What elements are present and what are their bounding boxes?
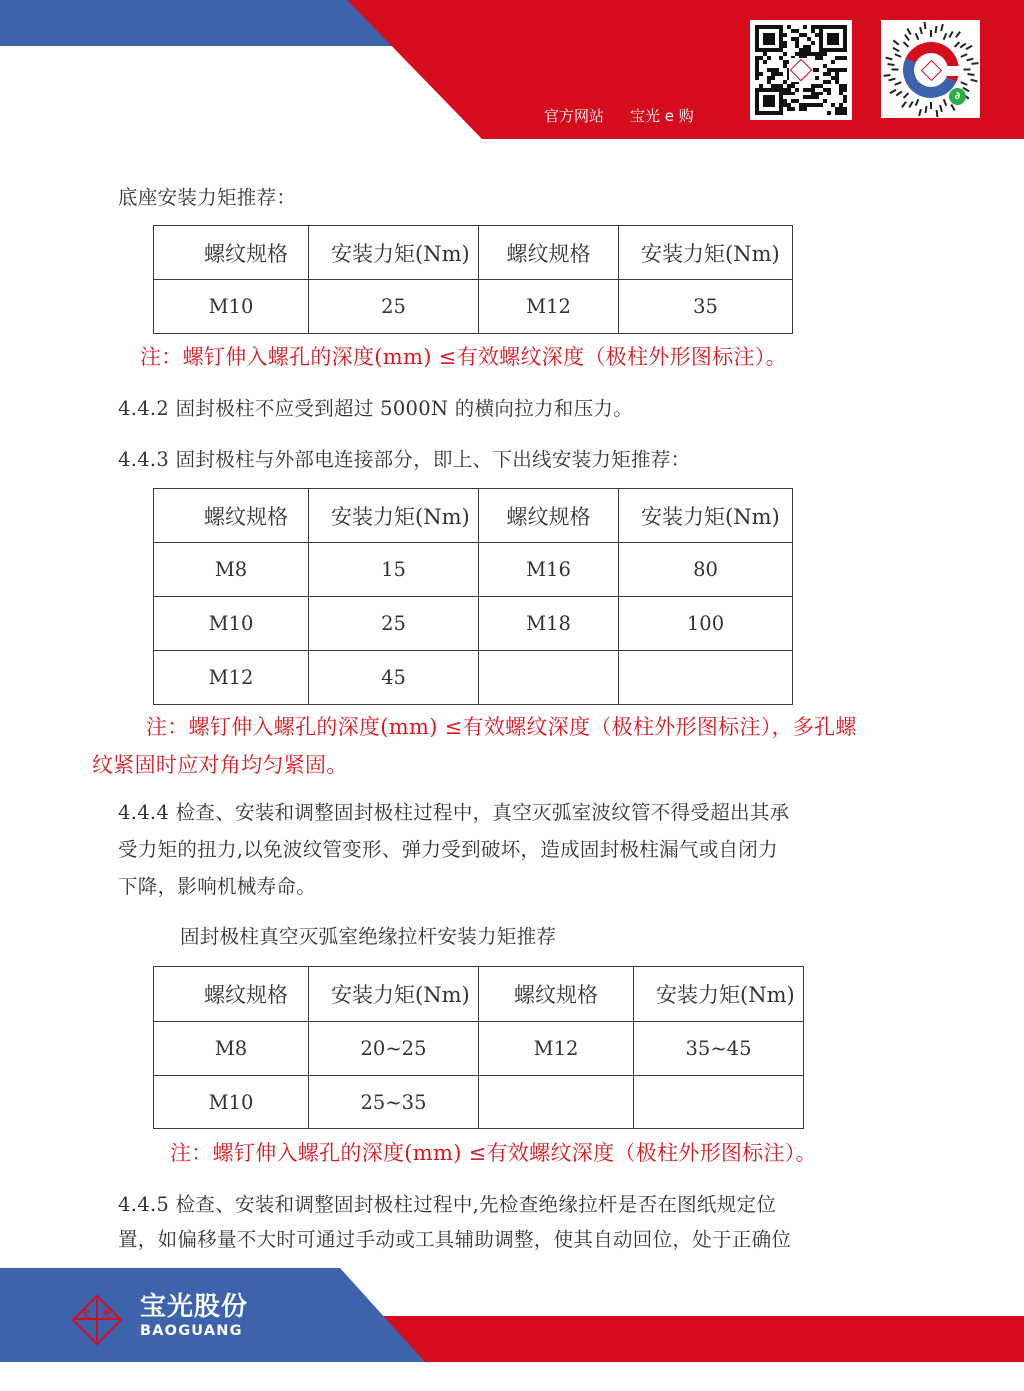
section-4-4-2: 4.4.2 固封极柱不应受到超过 5000N 的横向拉力和压力。 (118, 395, 633, 422)
table-row: M8 15 M16 80 (154, 543, 793, 597)
cell-thread-spec (479, 651, 619, 705)
brand-diamond-icon (921, 60, 941, 80)
cell-torque: 20~25 (309, 1022, 479, 1076)
table-row: M10 25~35 (154, 1076, 804, 1129)
table-header-row: 螺纹规格 安装力矩(Nm) 螺纹规格 安装力矩(Nm) (154, 226, 793, 280)
pull-rod-torque-table: 螺纹规格 安装力矩(Nm) 螺纹规格 安装力矩(Nm) M8 20~25 M12… (153, 966, 804, 1129)
cell-thread-spec: M18 (479, 597, 619, 651)
table-row: M12 45 (154, 651, 793, 705)
cell-torque: 25 (309, 280, 479, 334)
cell-torque: 25~35 (309, 1076, 479, 1129)
table-row: M10 25 M18 100 (154, 597, 793, 651)
cell-torque (619, 651, 793, 705)
header-torque: 安装力矩(Nm) (619, 226, 793, 280)
table-header-row: 螺纹规格 安装力矩(Nm) 螺纹规格 安装力矩(Nm) (154, 489, 793, 543)
cell-torque: 15 (309, 543, 479, 597)
cell-torque: 35 (619, 280, 793, 334)
terminal-torque-note-line2: 纹紧固时应对角均匀紧固。 (92, 752, 348, 779)
header-thread-spec: 螺纹规格 (479, 967, 634, 1022)
baoguang-logo-icon: 宝 光 (68, 1291, 126, 1349)
logo-mark-bao: 宝 (81, 1307, 90, 1320)
header-torque: 安装力矩(Nm) (634, 967, 804, 1022)
header-links: 官方网站 宝光 e 购 (544, 105, 694, 126)
header-thread-spec: 螺纹规格 (479, 489, 619, 543)
base-torque-note: 注：螺钉伸入螺孔的深度(mm) ≤有效螺纹深度（极柱外形图标注）。 (140, 344, 787, 371)
cell-thread-spec: M12 (479, 1022, 634, 1076)
cell-thread-spec: M10 (154, 597, 309, 651)
header-thread-spec: 螺纹规格 (154, 967, 309, 1022)
header-torque: 安装力矩(Nm) (619, 489, 793, 543)
official-site-label: 官方网站 (544, 105, 604, 126)
cell-thread-spec: M16 (479, 543, 619, 597)
terminal-torque-table: 螺纹规格 安装力矩(Nm) 螺纹规格 安装力矩(Nm) M8 15 M16 80… (153, 488, 793, 705)
cell-thread-spec: M8 (154, 543, 309, 597)
base-torque-table: 螺纹规格 安装力矩(Nm) 螺纹规格 安装力矩(Nm) M10 25 M12 3… (153, 225, 793, 334)
header-thread-spec: 螺纹规格 (154, 226, 309, 280)
cell-thread-spec: M10 (154, 1076, 309, 1129)
section-4-4-5-line2: 置，如偏移量不大时可通过手动或工具辅助调整，使其自动回位，处于正确位 (118, 1226, 791, 1253)
header-torque: 安装力矩(Nm) (309, 967, 479, 1022)
official-site-qr-code[interactable] (750, 20, 852, 120)
header-torque: 安装力矩(Nm) (309, 226, 479, 280)
table-row: M10 25 M12 35 (154, 280, 793, 334)
terminal-torque-note-line1: 注：螺钉伸入螺孔的深度(mm) ≤有效螺纹深度（极柱外形图标注），多孔螺 (146, 714, 857, 741)
eshop-mini-program-code[interactable]: ∂ (881, 20, 980, 118)
table-header-row: 螺纹规格 安装力矩(Nm) 螺纹规格 安装力矩(Nm) (154, 967, 804, 1022)
cell-thread-spec: M8 (154, 1022, 309, 1076)
table-row: M8 20~25 M12 35~45 (154, 1022, 804, 1076)
cell-torque: 25 (309, 597, 479, 651)
header-torque: 安装力矩(Nm) (309, 489, 479, 543)
section-4-4-4-line2: 受力矩的扭力,以免波纹管变形、弹力受到破坏，造成固封极柱漏气或自闭力 (118, 836, 778, 863)
eshop-label: 宝光 e 购 (630, 105, 694, 126)
wechat-mini-program-icon: ∂ (949, 88, 966, 105)
section-4-4-4-line3: 下降，影响机械寿命。 (118, 873, 316, 900)
cell-torque (634, 1076, 804, 1129)
brand-name-cn: 宝光股份 (140, 1293, 248, 1321)
header-thread-spec: 螺纹规格 (154, 489, 309, 543)
header-thread-spec: 螺纹规格 (479, 226, 619, 280)
logo-stem (96, 1299, 98, 1341)
cell-thread-spec: M12 (154, 651, 309, 705)
pull-rod-torque-title: 固封极柱真空灭弧室绝缘拉杆安装力矩推荐 (180, 923, 556, 950)
brand-name-en: BAOGUANG (140, 1323, 243, 1339)
cell-torque: 100 (619, 597, 793, 651)
cell-thread-spec: M10 (154, 280, 309, 334)
logo-mark-guang: 光 (102, 1307, 111, 1320)
cell-thread-spec (479, 1076, 634, 1129)
section-4-4-4-line1: 4.4.4 检查、安装和调整固封极柱过程中，真空灭弧室波纹管不得受超出其承 (118, 799, 789, 826)
section-4-4-3: 4.4.3 固封极柱与外部电连接部分，即上、下出线安装力矩推荐： (118, 446, 690, 473)
cell-torque: 35~45 (634, 1022, 804, 1076)
brand-diamond-icon (789, 58, 813, 82)
cell-torque: 80 (619, 543, 793, 597)
ring-gap (945, 66, 963, 76)
cell-thread-spec: M12 (479, 280, 619, 334)
pull-rod-torque-note: 注：螺钉伸入螺孔的深度(mm) ≤有效螺纹深度（极柱外形图标注）。 (170, 1140, 817, 1167)
cell-torque: 45 (309, 651, 479, 705)
base-torque-title: 底座安装力矩推荐： (118, 184, 296, 211)
section-4-4-5-line1: 4.4.5 检查、安装和调整固封极柱过程中,先检查绝缘拉杆是否在图纸规定位 (118, 1191, 776, 1218)
